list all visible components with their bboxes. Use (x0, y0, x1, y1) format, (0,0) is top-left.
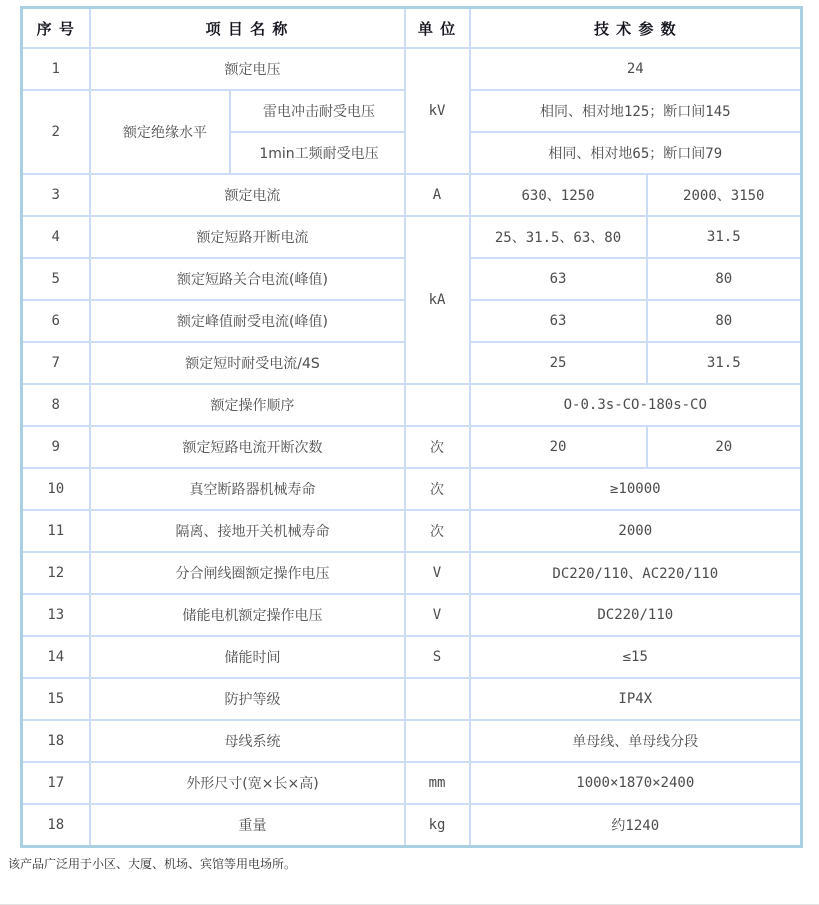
product-note: 该产品广泛用于小区、大厦、机场、宾馆等用电场所。 (8, 855, 296, 872)
unit-cell: mm (405, 762, 470, 804)
header-cell: 单 位 (405, 8, 470, 49)
unit-cell (405, 384, 470, 426)
row-number-cell: 7 (22, 342, 90, 384)
param-value-cell: 25 (470, 342, 647, 384)
item-name-cell: 额定短路电流开断次数 (90, 426, 405, 468)
item-name-cell: 额定绝缘水平 (90, 90, 230, 174)
item-name-cell: 额定电压 (90, 48, 405, 90)
param-value-cell: 相同、相对地65；断口间79 (470, 132, 802, 174)
param-value-cell: DC220/110、AC220/110 (470, 552, 802, 594)
table-row: 13储能电机额定操作电压VDC220/110 (22, 594, 802, 636)
row-number-cell: 10 (22, 468, 90, 510)
table-row: 10真空断路器机械寿命次≥10000 (22, 468, 802, 510)
header-cell: 序 号 (22, 8, 90, 49)
sub-item-name-cell: 雷电冲击耐受电压 (230, 90, 405, 132)
item-name-cell: 外形尺寸(宽×长×高) (90, 762, 405, 804)
row-number-cell: 8 (22, 384, 90, 426)
item-name-cell: 额定短路开断电流 (90, 216, 405, 258)
param-value-cell: 63 (470, 300, 647, 342)
row-number-cell: 14 (22, 636, 90, 678)
unit-cell (405, 678, 470, 720)
param-value-cell: 2000、3150 (647, 174, 802, 216)
table-row: 4额定短路开断电流kA25、31.5、63、8031.5 (22, 216, 802, 258)
row-number-cell: 1 (22, 48, 90, 90)
item-name-cell: 分合闸线圈额定操作电压 (90, 552, 405, 594)
row-number-cell: 15 (22, 678, 90, 720)
unit-cell: kg (405, 804, 470, 847)
header-cell: 技 术 参 数 (470, 8, 802, 49)
row-number-cell: 3 (22, 174, 90, 216)
item-name-cell: 额定电流 (90, 174, 405, 216)
param-value-cell: 相同、相对地125；断口间145 (470, 90, 802, 132)
unit-cell: 次 (405, 510, 470, 552)
param-value-cell: DC220/110 (470, 594, 802, 636)
param-value-cell: 1000×1870×2400 (470, 762, 802, 804)
unit-cell (405, 720, 470, 762)
param-value-cell: 20 (470, 426, 647, 468)
param-value-cell: 31.5 (647, 342, 802, 384)
spec-table-header: 序 号项 目 名 称单 位技 术 参 数 (22, 8, 802, 49)
row-number-cell: 18 (22, 804, 90, 847)
table-row: 12分合闸线圈额定操作电压VDC220/110、AC220/110 (22, 552, 802, 594)
unit-cell: A (405, 174, 470, 216)
spec-table: 序 号项 目 名 称单 位技 术 参 数 1额定电压kV242额定绝缘水平雷电冲… (20, 6, 803, 848)
item-name-cell: 真空断路器机械寿命 (90, 468, 405, 510)
unit-cell: kA (405, 216, 470, 384)
param-value-cell: 25、31.5、63、80 (470, 216, 647, 258)
table-row: 9额定短路电流开断次数次2020 (22, 426, 802, 468)
unit-cell: 次 (405, 426, 470, 468)
row-number-cell: 5 (22, 258, 90, 300)
item-name-cell: 额定短路关合电流(峰值) (90, 258, 405, 300)
unit-cell: kV (405, 48, 470, 174)
item-name-cell: 额定短时耐受电流/4S (90, 342, 405, 384)
unit-cell: V (405, 594, 470, 636)
table-row: 1额定电压kV24 (22, 48, 802, 90)
item-name-cell: 额定操作顺序 (90, 384, 405, 426)
unit-cell: V (405, 552, 470, 594)
param-value-cell: 80 (647, 258, 802, 300)
table-row: 11隔离、接地开关机械寿命次2000 (22, 510, 802, 552)
table-row: 3额定电流A630、12502000、3150 (22, 174, 802, 216)
param-value-cell: 24 (470, 48, 802, 90)
param-value-cell: O-0.3s-CO-180s-CO (470, 384, 802, 426)
param-value-cell: 20 (647, 426, 802, 468)
item-name-cell: 重量 (90, 804, 405, 847)
param-value-cell: ≤15 (470, 636, 802, 678)
table-row: 14储能时间S≤15 (22, 636, 802, 678)
table-row: 18重量kg约1240 (22, 804, 802, 847)
row-number-cell: 6 (22, 300, 90, 342)
param-value-cell: 约1240 (470, 804, 802, 847)
param-value-cell: IP4X (470, 678, 802, 720)
spec-table-body: 1额定电压kV242额定绝缘水平雷电冲击耐受电压相同、相对地125；断口间145… (22, 48, 802, 847)
unit-cell: S (405, 636, 470, 678)
item-name-cell: 隔离、接地开关机械寿命 (90, 510, 405, 552)
row-number-cell: 4 (22, 216, 90, 258)
table-row: 18母线系统单母线、单母线分段 (22, 720, 802, 762)
param-value-cell: 单母线、单母线分段 (470, 720, 802, 762)
table-row: 8额定操作顺序O-0.3s-CO-180s-CO (22, 384, 802, 426)
row-number-cell: 17 (22, 762, 90, 804)
page: 序 号项 目 名 称单 位技 术 参 数 1额定电压kV242额定绝缘水平雷电冲… (0, 0, 819, 848)
item-name-cell: 储能时间 (90, 636, 405, 678)
param-value-cell: 63 (470, 258, 647, 300)
item-name-cell: 额定峰值耐受电流(峰值) (90, 300, 405, 342)
param-value-cell: 80 (647, 300, 802, 342)
item-name-cell: 母线系统 (90, 720, 405, 762)
param-value-cell: 630、1250 (470, 174, 647, 216)
param-value-cell: 2000 (470, 510, 802, 552)
row-number-cell: 18 (22, 720, 90, 762)
item-name-cell: 储能电机额定操作电压 (90, 594, 405, 636)
row-number-cell: 12 (22, 552, 90, 594)
table-row: 15防护等级IP4X (22, 678, 802, 720)
row-number-cell: 9 (22, 426, 90, 468)
row-number-cell: 13 (22, 594, 90, 636)
param-value-cell: 31.5 (647, 216, 802, 258)
unit-cell: 次 (405, 468, 470, 510)
sub-item-name-cell: 1min工频耐受电压 (230, 132, 405, 174)
param-value-cell: ≥10000 (470, 468, 802, 510)
row-number-cell: 11 (22, 510, 90, 552)
item-name-cell: 防护等级 (90, 678, 405, 720)
table-row: 17外形尺寸(宽×长×高)mm1000×1870×2400 (22, 762, 802, 804)
row-number-cell: 2 (22, 90, 90, 174)
header-cell: 项 目 名 称 (90, 8, 405, 49)
